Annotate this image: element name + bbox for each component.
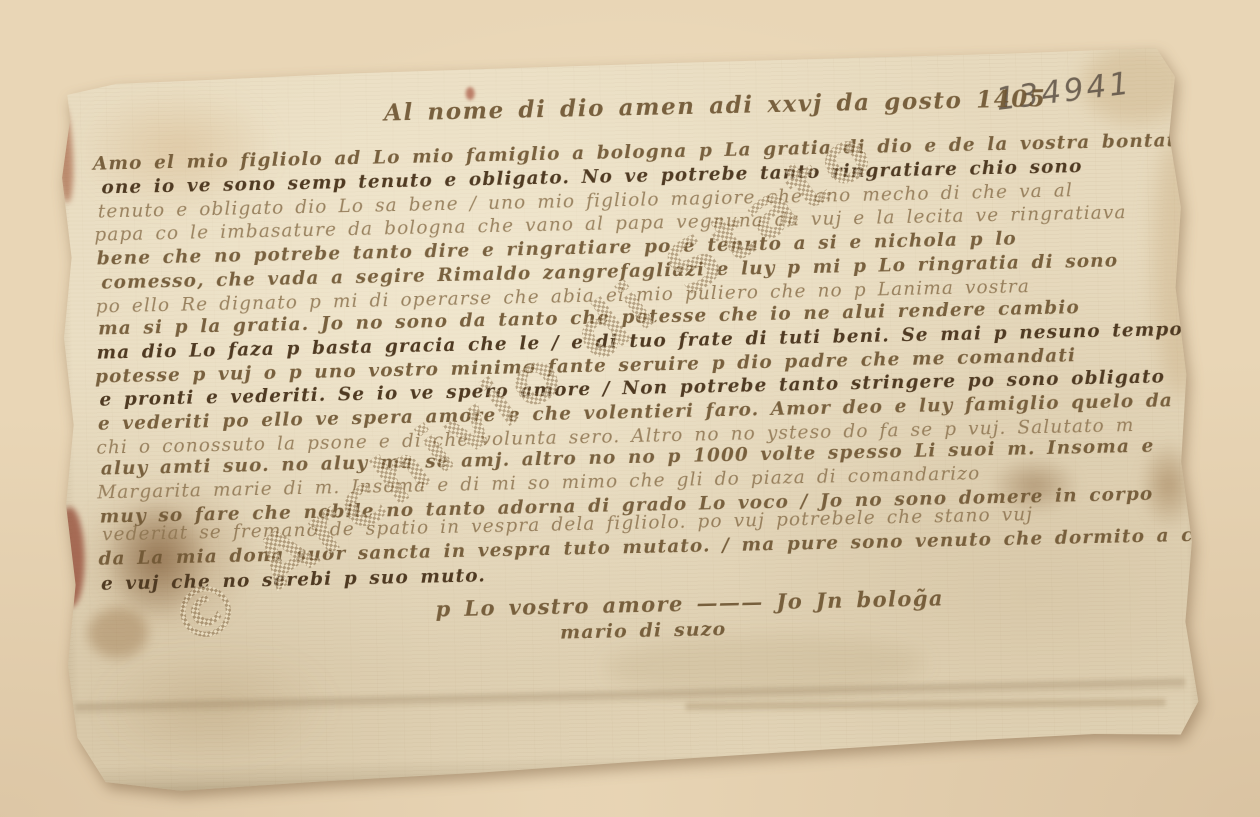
stain (1151, 137, 1204, 398)
stain (604, 632, 925, 698)
text-line: e vuj che no serebi p suo muto. (101, 565, 486, 594)
sheet-shadow: 134941 Al nome di dio amen adi xxvj da g… (0, 0, 1260, 817)
fold-crease (75, 675, 1185, 716)
photo-background: 134941 Al nome di dio amen adi xxvj da g… (0, 0, 1260, 817)
manuscript-sheet: 134941 Al nome di dio amen adi xxvj da g… (53, 47, 1209, 796)
closing-line: p Lo vostro amore ——— Jo Jn bolog̃a (435, 585, 944, 621)
signature-line: mario di suzo (560, 618, 727, 644)
stain (94, 644, 336, 769)
heading-line: Al nome di dio amen adi xxvj da gosto 14… (384, 85, 1047, 126)
stain (87, 607, 148, 658)
fold-crease (685, 696, 1165, 712)
wax-stain (56, 507, 86, 608)
stain (54, 102, 75, 203)
